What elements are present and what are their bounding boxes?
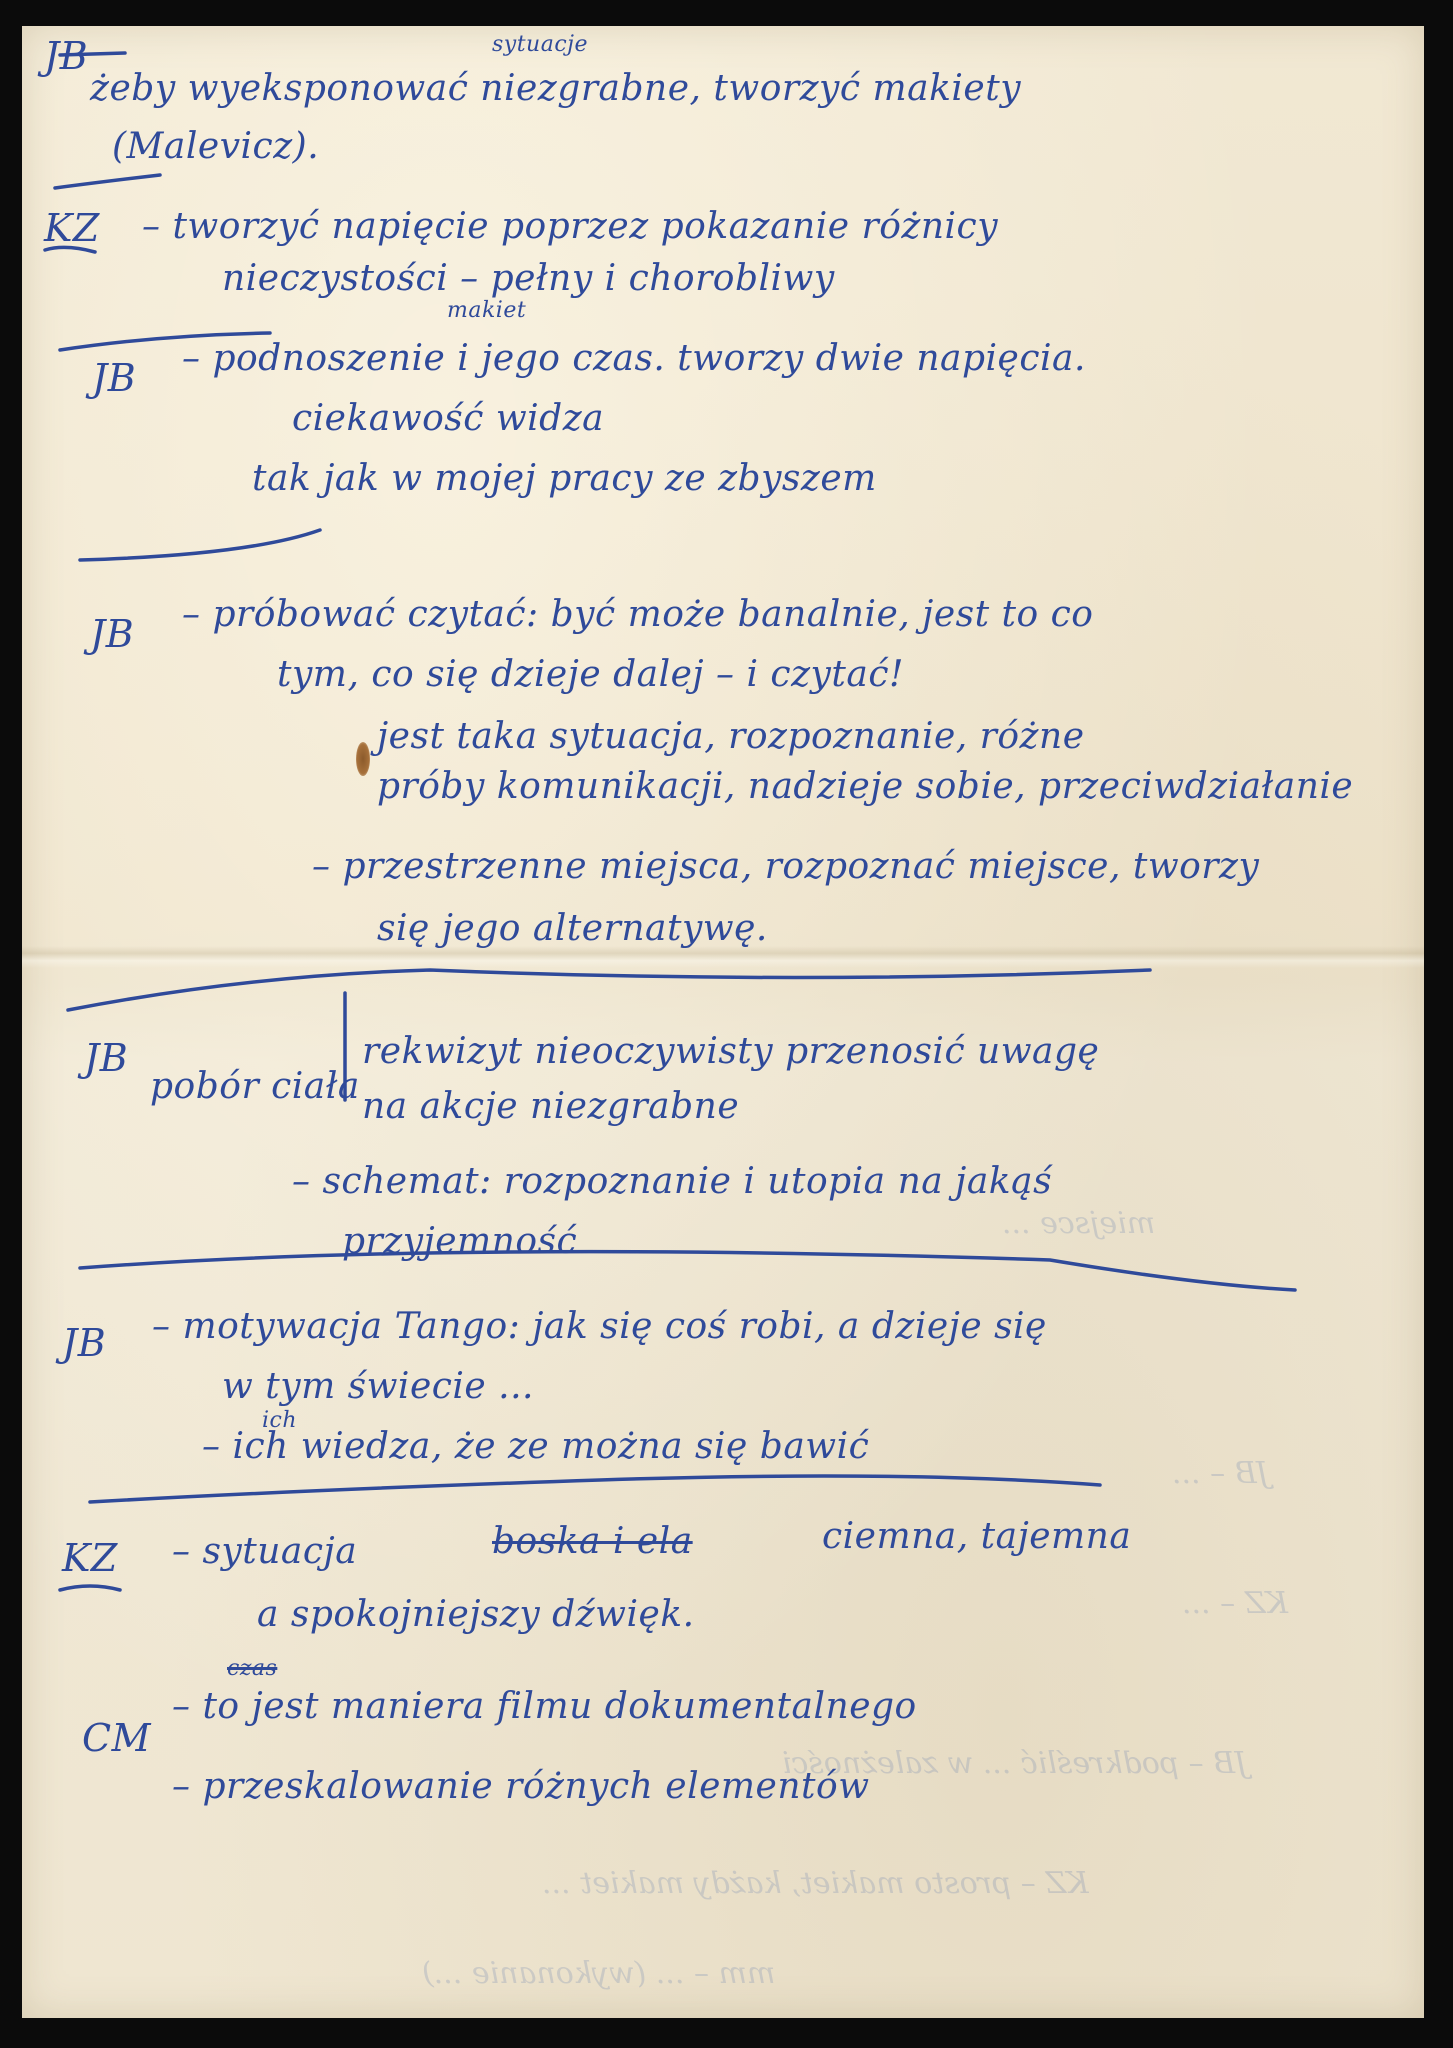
divider-line	[60, 333, 270, 350]
divider-line	[80, 530, 320, 560]
divider-line	[55, 175, 160, 188]
underline-stroke	[60, 53, 125, 55]
speaker-underline	[60, 1586, 120, 1590]
speaker-underline	[45, 247, 95, 252]
divider-line	[80, 1252, 1295, 1290]
section-dividers	[0, 0, 1453, 2048]
divider-line	[90, 1476, 1100, 1502]
divider-line	[68, 970, 1150, 1010]
